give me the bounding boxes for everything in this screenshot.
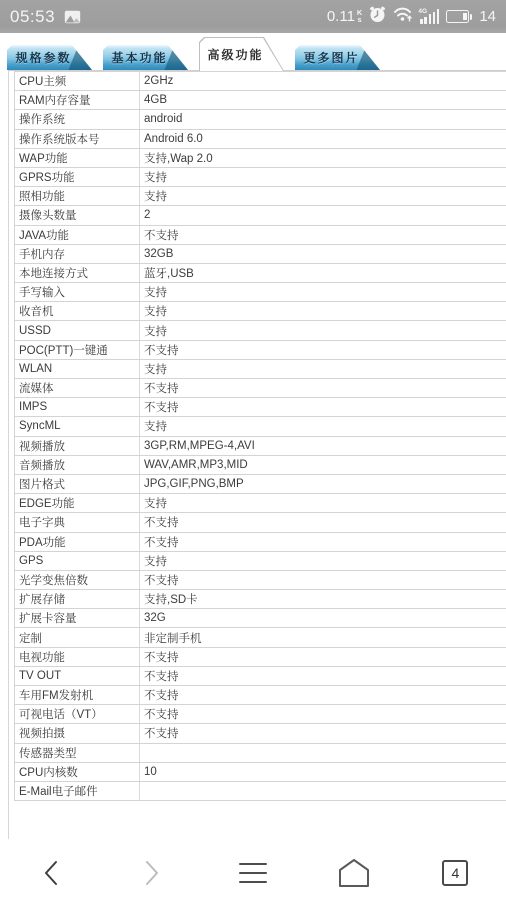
tab-count-badge: 4 — [442, 860, 468, 886]
browser-bottom-bar: 4 — [0, 845, 506, 900]
spec-label: E-Mail电子邮件 — [15, 781, 140, 800]
status-bar: 05:53 0.11 K s — [0, 0, 506, 33]
spec-label: 光学变焦倍数 — [15, 570, 140, 589]
spec-label: 定制 — [15, 628, 140, 647]
spec-label: 操作系统 — [15, 110, 140, 129]
spec-value: 不支持 — [140, 666, 506, 685]
spec-value: Android 6.0 — [140, 129, 506, 148]
table-row: 照相功能支持 — [15, 187, 506, 206]
table-row: PDA功能不支持 — [15, 532, 506, 551]
spec-label: 流媒体 — [15, 379, 140, 398]
spec-label: 传感器类型 — [15, 743, 140, 762]
spec-value: 支持 — [140, 417, 506, 436]
spec-value: 不支持 — [140, 724, 506, 743]
tab-basic-functions[interactable]: 基本功能 — [103, 45, 188, 70]
alarm-clock-icon — [369, 6, 386, 28]
spec-label: 车用FM发射机 — [15, 686, 140, 705]
spec-label: CPU内核数 — [15, 762, 140, 781]
spec-value: 不支持 — [140, 647, 506, 666]
spec-label: 本地连接方式 — [15, 263, 140, 282]
spec-label: WAP功能 — [15, 148, 140, 167]
spec-value: 不支持 — [140, 705, 506, 724]
spec-label: GPS — [15, 551, 140, 570]
spec-label: 收音机 — [15, 302, 140, 321]
table-row: 电子字典不支持 — [15, 513, 506, 532]
spec-label: POC(PTT)一键通 — [15, 340, 140, 359]
table-row: 摄像头数量2 — [15, 206, 506, 225]
spec-value: 蓝牙,USB — [140, 263, 506, 282]
spec-tabs: 规格参数 基本功能 高级功能 更多图片 — [0, 36, 506, 70]
spec-value: 不支持 — [140, 398, 506, 417]
spec-label: 图片格式 — [15, 474, 140, 493]
forward-icon — [142, 859, 162, 887]
table-row: 流媒体不支持 — [15, 379, 506, 398]
spec-value: 支持 — [140, 283, 506, 302]
spec-label: 扩展卡容量 — [15, 609, 140, 628]
menu-icon — [238, 862, 268, 884]
wifi-icon — [393, 6, 413, 27]
network-speed-unit: K s — [357, 10, 362, 23]
unit-bottom: s — [358, 17, 362, 24]
spec-value: 4GB — [140, 91, 506, 110]
spec-value: 支持 — [140, 359, 506, 378]
tab-label: 规格参数 — [15, 49, 83, 66]
spec-value: WAV,AMR,MP3,MID — [140, 455, 506, 474]
battery-icon — [446, 10, 472, 23]
menu-button[interactable] — [202, 862, 303, 884]
spec-label: EDGE功能 — [15, 494, 140, 513]
table-row: 电视功能不支持 — [15, 647, 506, 666]
table-row: 手机内存32GB — [15, 244, 506, 263]
spec-label: 电视功能 — [15, 647, 140, 666]
table-row: GPRS功能支持 — [15, 167, 506, 186]
spec-value: 支持 — [140, 494, 506, 513]
spec-label: TV OUT — [15, 666, 140, 685]
spec-value — [140, 781, 506, 800]
spec-label: GPRS功能 — [15, 167, 140, 186]
table-row: TV OUT不支持 — [15, 666, 506, 685]
tab-label: 更多图片 — [303, 49, 371, 66]
spec-label: IMPS — [15, 398, 140, 417]
home-icon — [337, 858, 371, 888]
spec-label: JAVA功能 — [15, 225, 140, 244]
spec-label: 视频拍摄 — [15, 724, 140, 743]
spec-value: 32G — [140, 609, 506, 628]
spec-label: 电子字典 — [15, 513, 140, 532]
table-row: 图片格式JPG,GIF,PNG,BMP — [15, 474, 506, 493]
tabs-button[interactable]: 4 — [405, 860, 506, 886]
tab-label: 基本功能 — [111, 49, 179, 66]
spec-label: WLAN — [15, 359, 140, 378]
spec-value: 不支持 — [140, 379, 506, 398]
spec-value: 支持 — [140, 167, 506, 186]
spec-value: 支持 — [140, 551, 506, 570]
table-row: CPU主频2GHz — [15, 72, 506, 91]
network-speed-value: 0.11 — [327, 8, 355, 25]
spec-value: 支持 — [140, 321, 506, 340]
table-row: WAP功能支持,Wap 2.0 — [15, 148, 506, 167]
spec-label: USSD — [15, 321, 140, 340]
table-row: 本地连接方式蓝牙,USB — [15, 263, 506, 282]
spec-label: 照相功能 — [15, 187, 140, 206]
spec-table: CPU主频2GHzRAM内存容量4GB操作系统android操作系统版本号And… — [14, 71, 506, 801]
signal-bars-icon: 4G — [420, 9, 439, 24]
back-icon — [41, 859, 61, 887]
spec-label: CPU主频 — [15, 72, 140, 91]
spec-label: 手机内存 — [15, 244, 140, 263]
spec-value: 不支持 — [140, 340, 506, 359]
spec-value: 32GB — [140, 244, 506, 263]
spec-value: 不支持 — [140, 513, 506, 532]
signal-network-type: 4G — [418, 8, 427, 15]
clock-time: 05:53 — [10, 7, 55, 27]
table-row: GPS支持 — [15, 551, 506, 570]
spec-value: 10 — [140, 762, 506, 781]
table-row: JAVA功能不支持 — [15, 225, 506, 244]
spec-value: android — [140, 110, 506, 129]
spec-table-body: CPU主频2GHzRAM内存容量4GB操作系统android操作系统版本号And… — [15, 72, 506, 801]
phone-screen: 05:53 0.11 K s — [0, 0, 506, 900]
table-row: RAM内存容量4GB — [15, 91, 506, 110]
spec-label: SyncML — [15, 417, 140, 436]
spec-value: 2GHz — [140, 72, 506, 91]
spec-label: 可视电话（VT） — [15, 705, 140, 724]
table-row: EDGE功能支持 — [15, 494, 506, 513]
table-row: POC(PTT)一键通不支持 — [15, 340, 506, 359]
spec-value: 不支持 — [140, 686, 506, 705]
table-row: 视频拍摄不支持 — [15, 724, 506, 743]
spec-label: PDA功能 — [15, 532, 140, 551]
table-row: 视频播放3GP,RM,MPEG-4,AVI — [15, 436, 506, 455]
table-row: 定制非定制手机 — [15, 628, 506, 647]
tab-label: 高级功能 — [207, 46, 275, 63]
network-speed: 0.11 K s — [327, 8, 363, 25]
spec-value: 不支持 — [140, 225, 506, 244]
table-row: 扩展卡容量32G — [15, 609, 506, 628]
tab-count-number: 4 — [452, 865, 460, 881]
spec-label: 音频播放 — [15, 455, 140, 474]
spec-value: 不支持 — [140, 532, 506, 551]
forward-button[interactable] — [101, 859, 202, 887]
table-row: WLAN支持 — [15, 359, 506, 378]
spec-value: 支持,SD卡 — [140, 590, 506, 609]
table-row: 操作系统android — [15, 110, 506, 129]
table-row: 手写输入支持 — [15, 283, 506, 302]
table-row: 传感器类型 — [15, 743, 506, 762]
home-button[interactable] — [304, 858, 405, 888]
status-bar-right: 0.11 K s — [327, 6, 496, 28]
table-row: 可视电话（VT）不支持 — [15, 705, 506, 724]
spec-label: RAM内存容量 — [15, 91, 140, 110]
spec-value: 3GP,RM,MPEG-4,AVI — [140, 436, 506, 455]
table-row: 操作系统版本号Android 6.0 — [15, 129, 506, 148]
tab-more-images[interactable]: 更多图片 — [295, 45, 380, 70]
table-row: 车用FM发射机不支持 — [15, 686, 506, 705]
table-row: 光学变焦倍数不支持 — [15, 570, 506, 589]
table-row: USSD支持 — [15, 321, 506, 340]
spec-label: 操作系统版本号 — [15, 129, 140, 148]
spec-value: 支持,Wap 2.0 — [140, 148, 506, 167]
spec-label: 摄像头数量 — [15, 206, 140, 225]
tab-spec-params[interactable]: 规格参数 — [7, 45, 92, 70]
table-row: CPU内核数10 — [15, 762, 506, 781]
spec-value: 2 — [140, 206, 506, 225]
tab-advanced-functions[interactable]: 高级功能 — [199, 37, 284, 71]
table-row: 扩展存储支持,SD卡 — [15, 590, 506, 609]
spec-value: 不支持 — [140, 570, 506, 589]
back-button[interactable] — [0, 859, 101, 887]
spec-value — [140, 743, 506, 762]
spec-value: 支持 — [140, 302, 506, 321]
spec-label: 视频播放 — [15, 436, 140, 455]
table-row: IMPS不支持 — [15, 398, 506, 417]
table-row: 音频播放WAV,AMR,MP3,MID — [15, 455, 506, 474]
photo-icon — [64, 10, 81, 24]
spec-label: 扩展存储 — [15, 590, 140, 609]
tab-content-panel: CPU主频2GHzRAM内存容量4GB操作系统android操作系统版本号And… — [8, 70, 506, 839]
table-row: 收音机支持 — [15, 302, 506, 321]
spec-value: JPG,GIF,PNG,BMP — [140, 474, 506, 493]
table-row: SyncML支持 — [15, 417, 506, 436]
spec-value: 非定制手机 — [140, 628, 506, 647]
battery-percent: 14 — [479, 8, 496, 25]
table-row: E-Mail电子邮件 — [15, 781, 506, 800]
spec-label: 手写输入 — [15, 283, 140, 302]
spec-value: 支持 — [140, 187, 506, 206]
